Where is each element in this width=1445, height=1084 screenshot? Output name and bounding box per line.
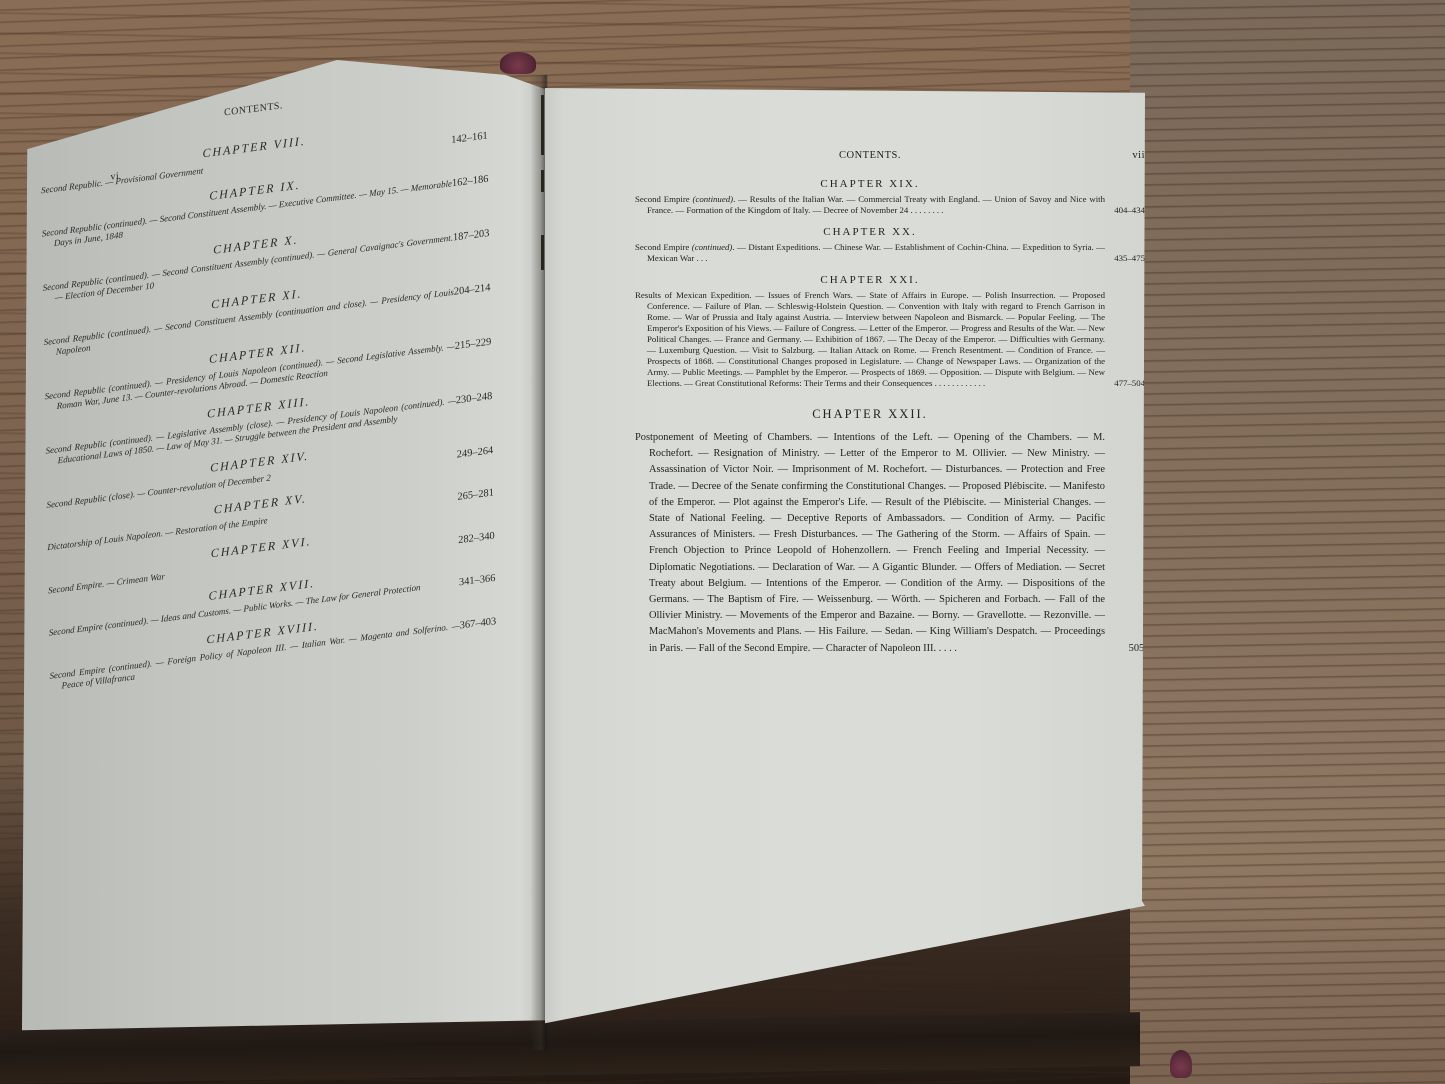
page-number: vii	[1132, 150, 1145, 161]
chapter-heading: CHAPTER XXI.	[635, 274, 1105, 286]
right-page-contents: CONTENTS. vii CHAPTER XIX. Second Empire…	[635, 150, 1105, 657]
chapter-heading: CHAPTER XXII.	[635, 407, 1105, 422]
chapter-summary: Second Empire (continued). — Distant Exp…	[635, 242, 1105, 264]
left-page-contents: CONTENTS. vi CHAPTER VIII. 142–161Second…	[40, 78, 477, 700]
book-headband-bottom	[1170, 1050, 1192, 1078]
chapter-summary: Postponement of Meeting of Chambers. — I…	[635, 430, 1105, 657]
page-range: 404–434	[1114, 205, 1145, 216]
page-range: 435–475	[1114, 253, 1145, 264]
chapter-summary: Results of Mexican Expedition. — Issues …	[635, 290, 1105, 389]
chapter-summary: Second Empire (continued). — Results of …	[635, 194, 1105, 216]
toc-chapter: CHAPTER XX. Second Empire (continued). —…	[635, 226, 1105, 264]
right-running-head: CONTENTS. vii	[635, 150, 1105, 168]
toc-chapter: CHAPTER XXII. Postponement of Meeting of…	[635, 407, 1105, 657]
page-range: 477–504	[1114, 378, 1145, 389]
book-headband-top	[500, 52, 536, 74]
binding-thread	[541, 235, 544, 270]
chapter-heading: CHAPTER XIX.	[635, 178, 1105, 190]
toc-chapter: CHAPTER XIX. Second Empire (continued). …	[635, 178, 1105, 216]
toc-chapter: CHAPTER XXI. Results of Mexican Expediti…	[635, 274, 1105, 389]
running-head-title: CONTENTS.	[635, 150, 1105, 161]
wood-table-surface	[1130, 0, 1445, 1084]
right-page: CONTENTS. vii CHAPTER XIX. Second Empire…	[545, 88, 1145, 1028]
chapter-heading: CHAPTER XX.	[635, 226, 1105, 238]
binding-thread	[541, 170, 544, 192]
binding-thread	[541, 95, 544, 155]
